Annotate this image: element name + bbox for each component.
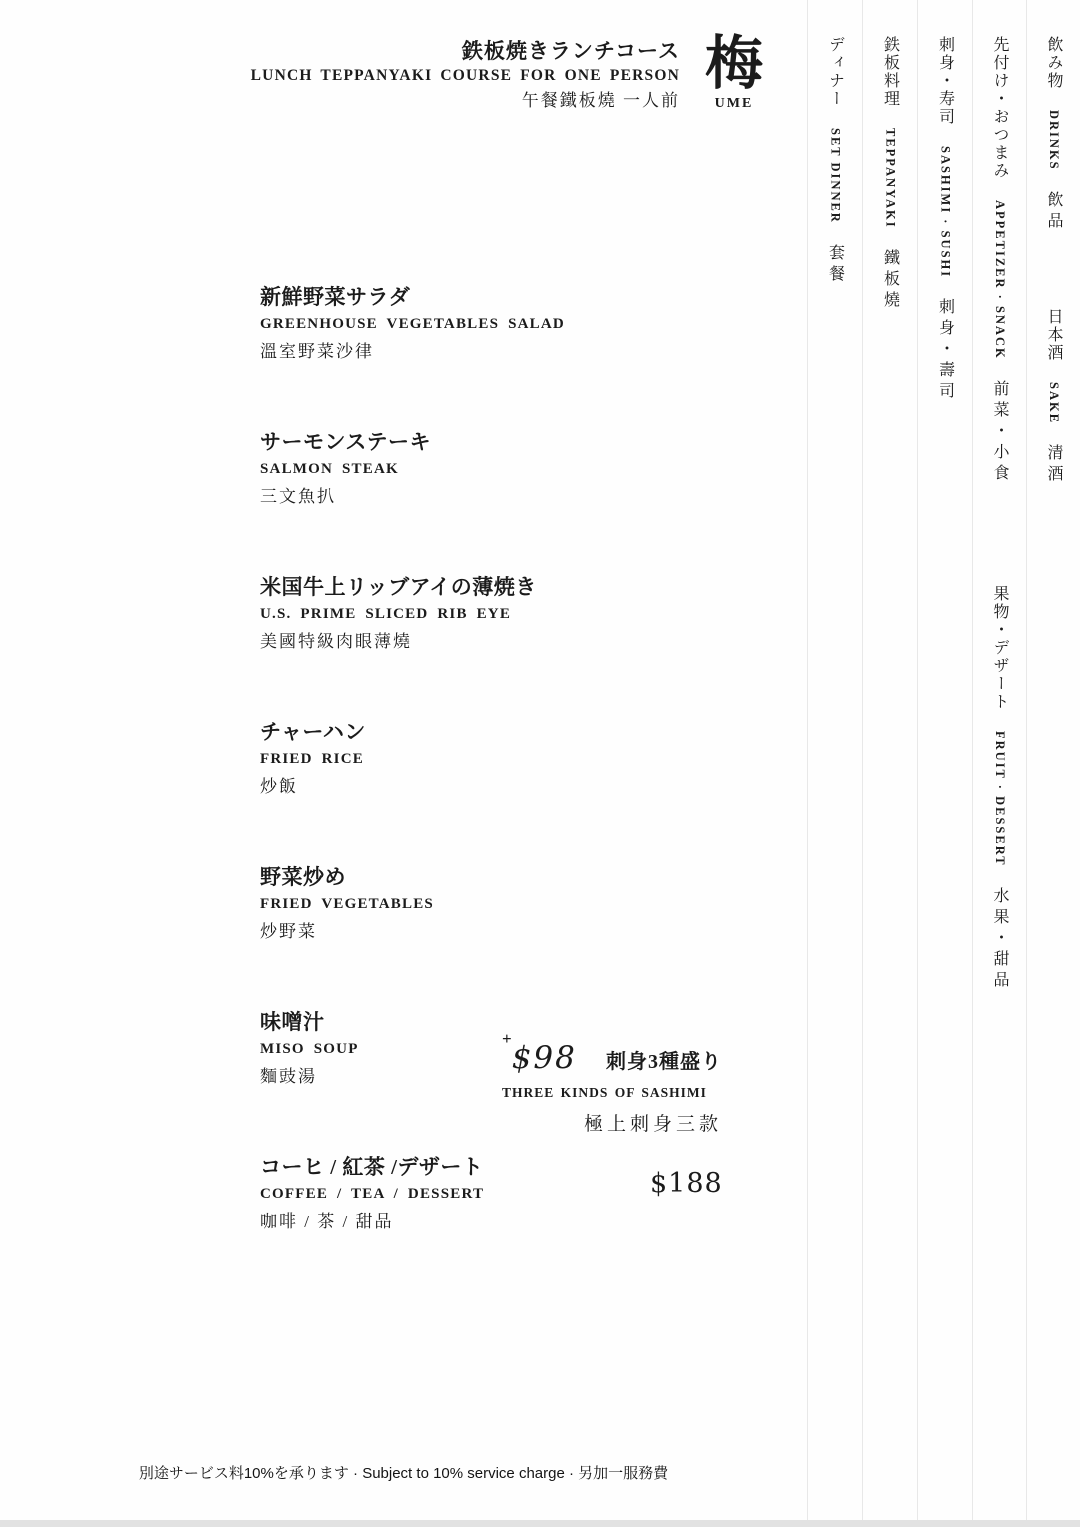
tab-label-zh: 飲品 — [1042, 191, 1065, 233]
sidebar-column-3: 刺身・寿司 SASHIMI · SUSHI 刺身・壽司 — [918, 0, 972, 1527]
addon-price: $98 — [512, 1040, 577, 1076]
service-charge-note: 別途サービス料10%を承ります · Subject to 10% service… — [0, 1462, 807, 1483]
tab-label-jp: 鉄板料理 — [879, 36, 902, 108]
addon-name-zh: 極上刺身三款 — [502, 1109, 722, 1136]
tab-label-zh: 清酒 — [1042, 444, 1065, 486]
menu-header: 鉄板焼きランチコース LUNCH TEPPANYAKI COURSE FOR O… — [0, 34, 780, 114]
addon-price-wrap: +$98 — [502, 1040, 577, 1076]
item-name-jp: 味噌汁 — [260, 1008, 730, 1036]
item-name-jp: 野菜炒め — [260, 863, 730, 891]
tab-label-en: SASHIMI · SUSHI — [938, 146, 953, 278]
menu-item-salmon-steak: サーモンステーキ SALMON STEAK 三文魚扒 — [260, 428, 730, 573]
tab-label-jp: 果物・デザート — [988, 585, 1011, 711]
badge-romaji: UME — [688, 96, 780, 112]
tab-sashimi-sushi: 刺身・寿司 SASHIMI · SUSHI 刺身・壽司 — [918, 36, 972, 403]
tab-label-en: TEPPANYAKI — [883, 128, 898, 229]
tab-label-zh: 水果・甜品 — [988, 887, 1011, 992]
item-name-en: SALMON STEAK — [260, 456, 730, 483]
menu-page: { "header": { "title_jp": "鉄板焼きランチコース", … — [0, 0, 1080, 1527]
item-name-jp: チャーハン — [260, 718, 730, 746]
course-price: $188 — [650, 1168, 722, 1199]
tab-label-jp: ディナー — [824, 36, 847, 108]
menu-item-fried-rice: チャーハン FRIED RICE 炒飯 — [260, 718, 730, 863]
tab-sake: 日本酒 SAKE 清酒 — [1027, 308, 1080, 486]
menu-item-salad: 新鮮野菜サラダ GREENHOUSE VEGETABLES SALAD 溫室野菜… — [260, 283, 730, 428]
item-name-zh: 炒飯 — [260, 773, 730, 801]
addon-price-row: +$98 刺身3種盛り — [502, 1040, 722, 1076]
menu-item-fried-vegetables: 野菜炒め FRIED VEGETABLES 炒野菜 — [260, 863, 730, 1008]
tab-fruit-dessert: 果物・デザート FRUIT · DESSERT 水果・甜品 — [973, 585, 1026, 992]
tab-label-zh: 鐵板燒 — [879, 249, 902, 312]
sashimi-addon: +$98 刺身3種盛り THREE KINDS OF SASHIMI 極上刺身三… — [502, 1040, 722, 1136]
tab-set-dinner: ディナー SET DINNER 套餐 — [808, 36, 862, 286]
tab-label-zh: 套餐 — [824, 244, 847, 286]
tab-label-zh: 前菜・小食 — [988, 380, 1011, 485]
addon-name-jp: 刺身3種盛り — [606, 1045, 722, 1074]
item-name-zh: 三文魚扒 — [260, 483, 730, 511]
tab-label-jp: 刺身・寿司 — [934, 36, 957, 126]
tab-teppanyaki: 鉄板料理 TEPPANYAKI 鐵板燒 — [863, 36, 917, 312]
addon-plus-sign: + — [502, 1029, 512, 1048]
course-badge: 梅 UME — [688, 34, 780, 112]
tab-label-jp: 飲み物 — [1042, 36, 1065, 90]
item-name-zh: 炒野菜 — [260, 918, 730, 946]
sidebar-column-5: 飲み物 DRINKS 飲品 日本酒 SAKE 清酒 — [1027, 0, 1080, 1527]
sidebar-column-2: 鉄板料理 TEPPANYAKI 鐵板燒 — [863, 0, 917, 1527]
tab-label-en: FRUIT · DESSERT — [992, 731, 1007, 867]
menu-item-rib-eye: 米国牛上リッブアイの薄焼き U.S. PRIME SLICED RIB EYE … — [260, 573, 730, 718]
item-name-jp: 新鮮野菜サラダ — [260, 283, 730, 311]
tab-drinks: 飲み物 DRINKS 飲品 — [1027, 36, 1080, 233]
item-name-en: GREENHOUSE VEGETABLES SALAD — [260, 311, 730, 338]
tab-label-jp: 日本酒 — [1042, 308, 1065, 362]
item-name-en: FRIED RICE — [260, 746, 730, 773]
addon-name-en: THREE KINDS OF SASHIMI — [502, 1085, 722, 1101]
sidebar-column-4: 先付け・おつまみ APPETIZER · SNACK 前菜・小食 果物・デザート… — [973, 0, 1026, 1527]
item-name-zh: 咖啡 / 茶 / 甜品 — [260, 1208, 730, 1236]
item-name-en: FRIED VEGETABLES — [260, 891, 730, 918]
item-name-jp: サーモンステーキ — [260, 428, 730, 456]
menu-title-en: LUNCH TEPPANYAKI COURSE FOR ONE PERSON — [251, 64, 680, 88]
tab-label-en: DRINKS — [1046, 110, 1061, 171]
item-name-zh: 溫室野菜沙律 — [260, 338, 730, 366]
item-name-zh: 美國特級肉眼薄燒 — [260, 628, 730, 656]
tab-label-en: APPETIZER · SNACK — [992, 200, 1007, 360]
menu-title-jp: 鉄板焼きランチコース — [251, 38, 680, 64]
tab-label-en: SAKE — [1046, 382, 1061, 424]
tab-appetizer-snack: 先付け・おつまみ APPETIZER · SNACK 前菜・小食 — [973, 36, 1026, 485]
tab-label-en: SET DINNER — [828, 128, 843, 224]
sidebar-column-1: ディナー SET DINNER 套餐 — [808, 0, 862, 1527]
menu-title-zh: 午餐鐵板燒 一人前 — [251, 88, 680, 114]
item-name-en: U.S. PRIME SLICED RIB EYE — [260, 601, 730, 628]
tab-label-jp: 先付け・おつまみ — [988, 36, 1011, 180]
menu-titles: 鉄板焼きランチコース LUNCH TEPPANYAKI COURSE FOR O… — [251, 34, 680, 114]
item-name-jp: 米国牛上リッブアイの薄焼き — [260, 573, 730, 601]
tab-label-zh: 刺身・壽司 — [934, 298, 957, 403]
menu-item-list: 新鮮野菜サラダ GREENHOUSE VEGETABLES SALAD 溫室野菜… — [260, 283, 730, 1298]
badge-kanji: 梅 — [688, 34, 780, 94]
